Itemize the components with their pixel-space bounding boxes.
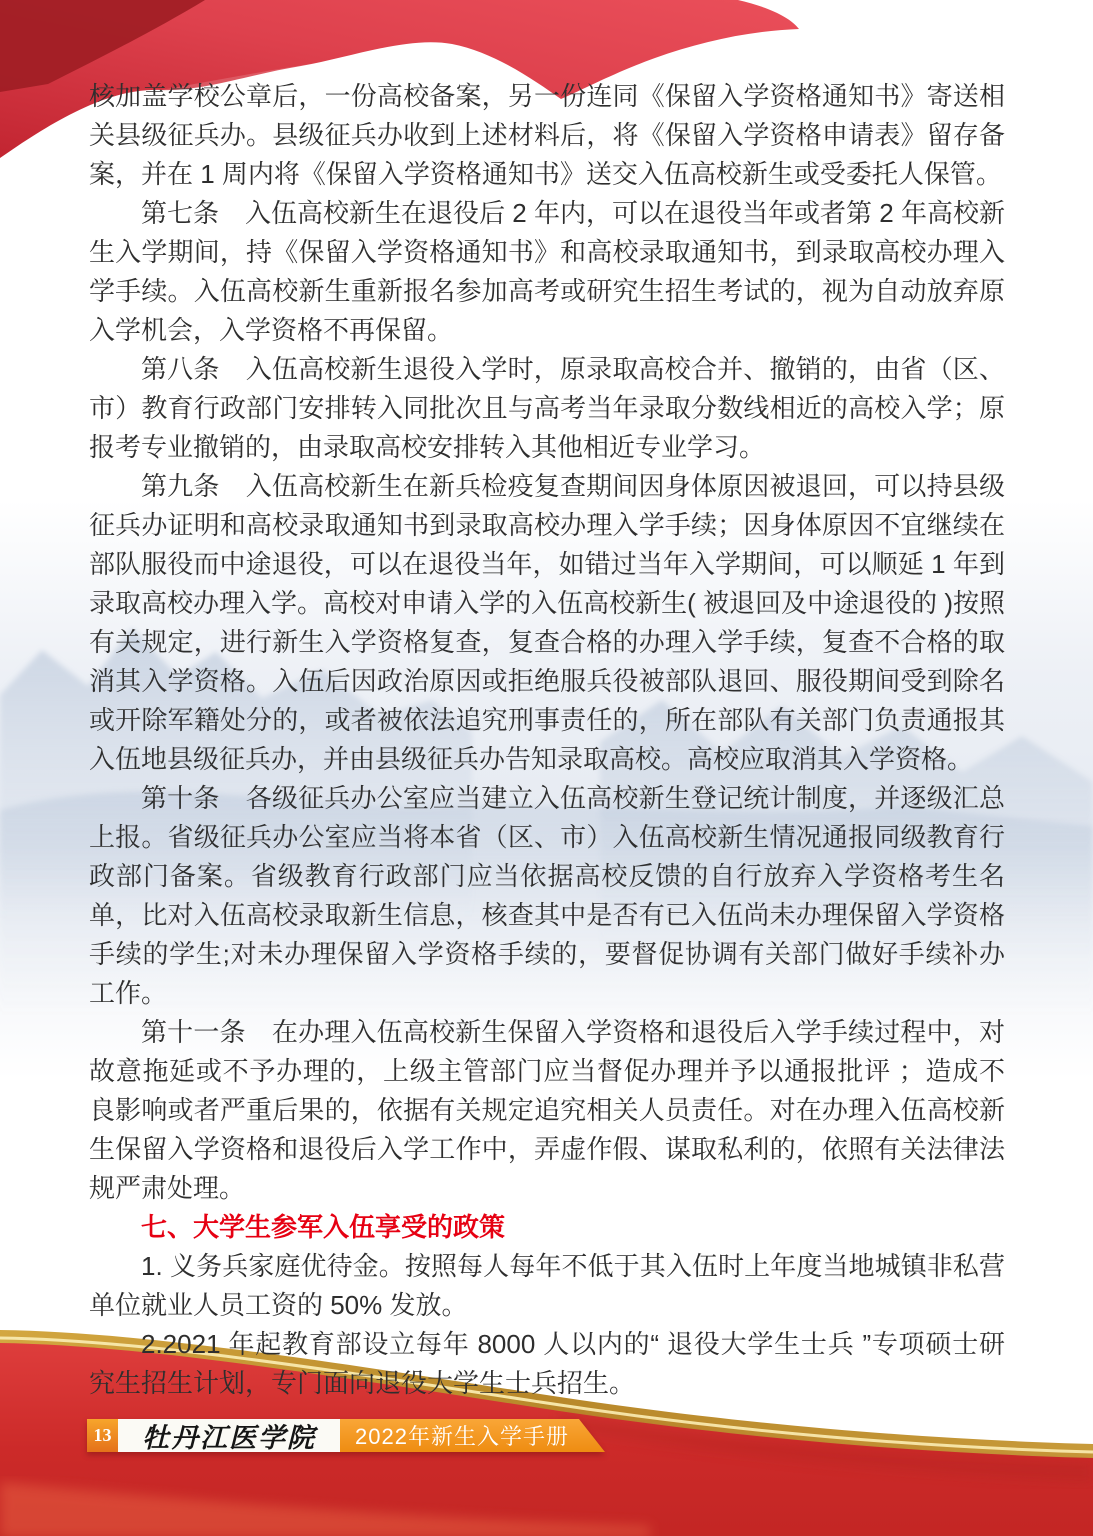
document-paragraph: 1. 义务兵家庭优待金。按照每人每年不低于其入伍时上年度当地城镇非私营单位就业人… bbox=[89, 1247, 1005, 1325]
footer-bar: 13 牡丹江医学院 2022年新生入学手册 bbox=[87, 1419, 605, 1452]
document-paragraph: 第八条 入伍高校新生退役入学时，原录取高校合并、撤销的，由省（区、市）教育行政部… bbox=[89, 350, 1005, 467]
document-paragraph: 2.2021 年起教育部设立每年 8000 人以内的“ 退役大学生士兵 ”专项硕… bbox=[89, 1325, 1005, 1403]
document-paragraph: 第十条 各级征兵办公室应当建立入伍高校新生登记统计制度，并逐级汇总上报。省级征兵… bbox=[89, 779, 1005, 1013]
document-paragraph: 核加盖学校公章后，一份高校备案，另一份连同《保留入学资格通知书》寄送相关县级征兵… bbox=[89, 77, 1005, 194]
document-paragraph: 第七条 入伍高校新生在退役后 2 年内，可以在退役当年或者第 2 年高校新生入学… bbox=[89, 194, 1005, 350]
handbook-title: 2022年新生入学手册 bbox=[340, 1419, 605, 1452]
school-name-calligraphy: 牡丹江医学院 bbox=[118, 1419, 340, 1452]
document-body: 核加盖学校公章后，一份高校备案，另一份连同《保留入学资格通知书》寄送相关县级征兵… bbox=[89, 77, 1005, 1403]
wave-glow bbox=[0, 1482, 650, 1536]
page-number: 13 bbox=[87, 1419, 118, 1452]
document-paragraph: 第九条 入伍高校新生在新兵检疫复查期间因身体原因被退回，可以持县级征兵办证明和高… bbox=[89, 467, 1005, 779]
handbook-page: 核加盖学校公章后，一份高校备案，另一份连同《保留入学资格通知书》寄送相关县级征兵… bbox=[0, 0, 1093, 1536]
document-paragraph: 第十一条 在办理入伍高校新生保留入学资格和退役后入学手续过程中，对故意拖延或不予… bbox=[89, 1013, 1005, 1208]
wave-shadow bbox=[560, 1414, 1093, 1482]
document-paragraph: 七、大学生参军入伍享受的政策 bbox=[89, 1208, 1005, 1247]
